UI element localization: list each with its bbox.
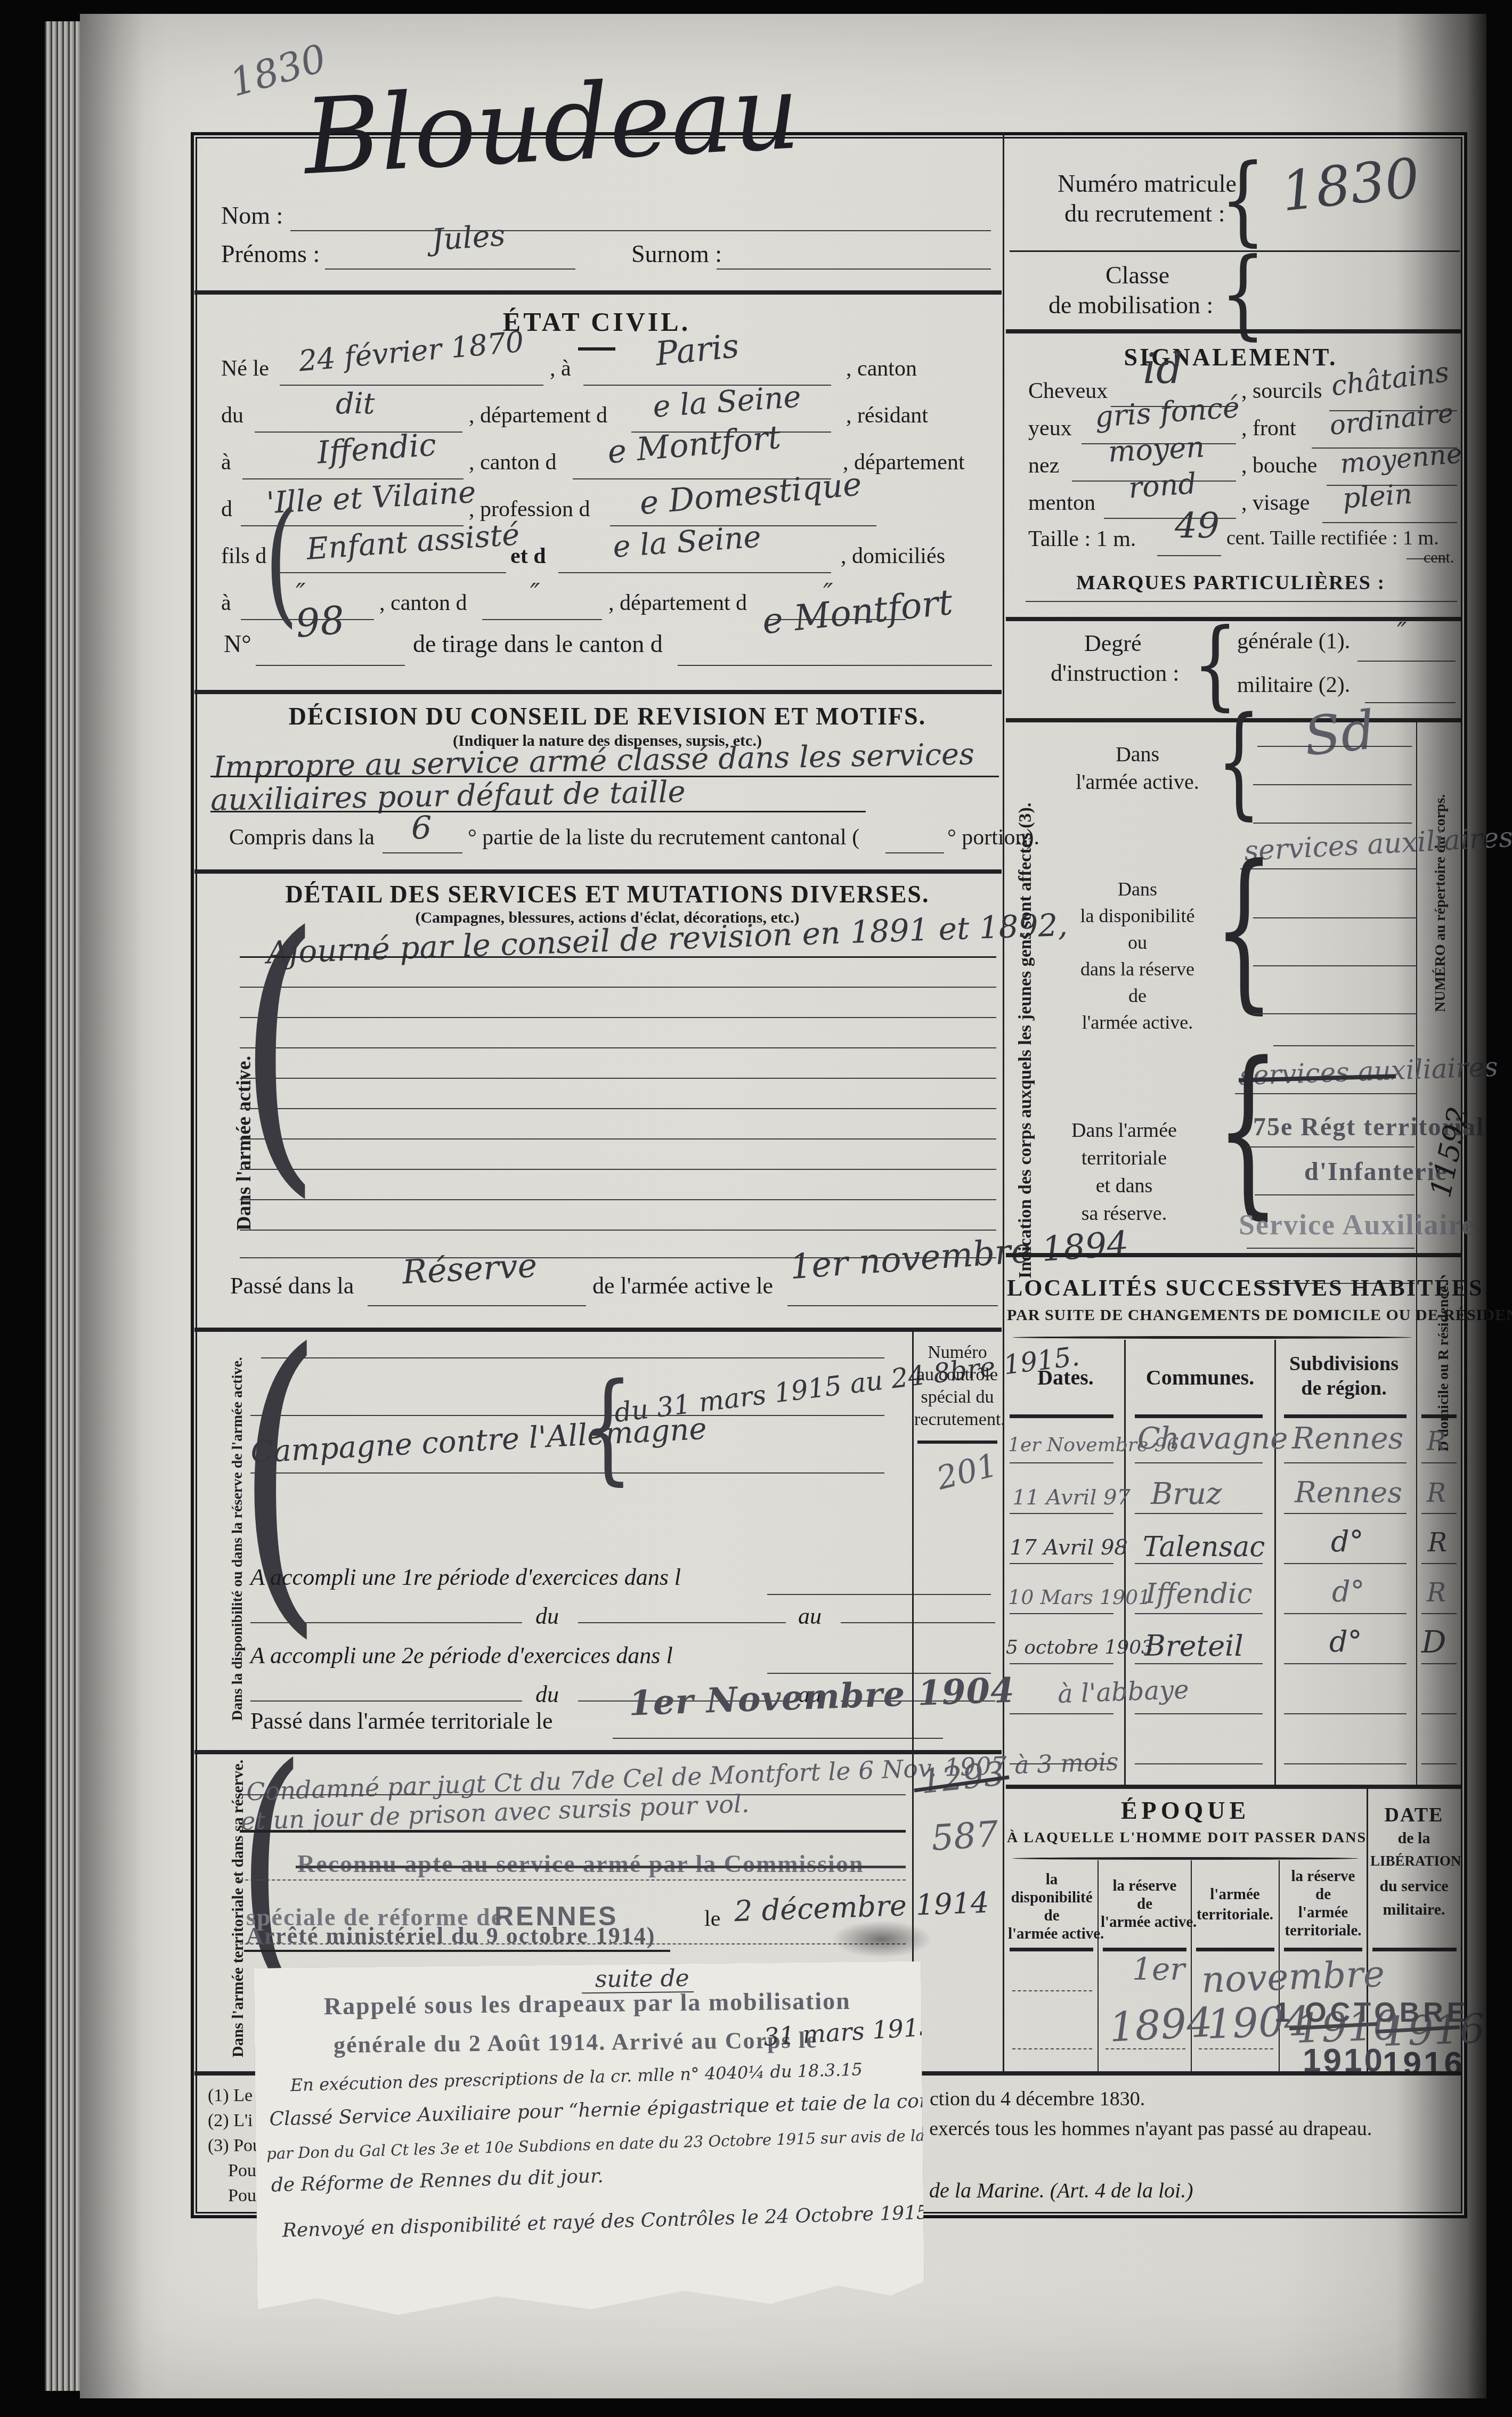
tirage-value: 98	[294, 597, 347, 646]
section-divider	[1006, 1785, 1461, 1789]
col-header-subdiv: Subdivisions	[1279, 1352, 1409, 1376]
rule	[240, 1199, 996, 1200]
controle-value-2: 587	[930, 1813, 999, 1859]
footnote-left: Pou	[228, 2186, 256, 2206]
epoque-subtitle: À LAQUELLE L'HOMME DOIT PASSER DANS	[1007, 1829, 1364, 1846]
rule	[1196, 1948, 1274, 1951]
rule	[240, 1830, 906, 1833]
epoque-col-header: territoriale.	[1282, 1922, 1364, 1940]
rule	[1010, 1563, 1113, 1564]
marques-label: MARQUES PARTICULIÈRES :	[1060, 571, 1401, 595]
surname-script: Bloudeau	[301, 51, 802, 198]
col-header-communes: Communes.	[1132, 1365, 1268, 1390]
controle-header: spécial du	[914, 1387, 1001, 1407]
trait-label: , bouche	[1241, 453, 1317, 478]
footnote-left: (2) L'i	[208, 2111, 253, 2131]
scanned-military-register-page: { "scan": { "corner_script": "1830" }, "…	[0, 0, 1512, 2417]
field-label: à	[221, 590, 231, 616]
epoque-title: ÉPOQUE	[1007, 1796, 1364, 1825]
rule	[1257, 746, 1412, 747]
note-hw-line: Classé Service Auxiliaire pour “hernie é…	[269, 2089, 973, 2130]
rule	[613, 1738, 943, 1739]
rule	[1284, 1462, 1407, 1463]
rule	[383, 852, 462, 853]
rule	[240, 1879, 906, 1881]
note-hw-line: En exécution des prescriptions de la cr.…	[290, 2059, 863, 2095]
rule	[210, 811, 866, 812]
rule	[1012, 1990, 1092, 1991]
field-value: dit	[336, 387, 375, 420]
taille-value: 49	[1175, 505, 1220, 546]
decision-title: DÉCISION DU CONSEIL DE REVISION ET MOTIF…	[224, 702, 991, 730]
rule	[1284, 1513, 1407, 1514]
note-hw-date: 31 mars 1915	[763, 2012, 936, 2052]
rule	[1253, 965, 1417, 966]
rule	[240, 1017, 996, 1018]
loc-subdiv: d°	[1329, 1625, 1362, 1658]
binding-gutter-shadow	[80, 14, 144, 2398]
epoque-col-header: l'armée	[1193, 1886, 1277, 1903]
rule	[240, 1230, 996, 1231]
loc-date: 17 Avril 98	[1010, 1535, 1128, 1560]
note-hw-line: Renvoyé en disponibilité et rayé des Con…	[282, 2202, 935, 2242]
rule	[1284, 1613, 1407, 1614]
rule	[1135, 1513, 1263, 1514]
periode1-label: A accompli une 1re période d'exercices d…	[250, 1564, 681, 1591]
passe-reserve-label-2: de l'armée active le	[592, 1272, 773, 1299]
col-header-subdiv-2: de région.	[1279, 1377, 1409, 1400]
du-label: du	[535, 1681, 559, 1708]
field-label: , à	[550, 356, 571, 381]
rule	[1284, 1763, 1407, 1764]
epoque-col-header: disponibilité	[1008, 1889, 1095, 1907]
prenoms-label: Prénoms :	[221, 240, 320, 268]
compris-value: 6	[411, 810, 432, 847]
epoque-col-header: l'armée active.	[1101, 1914, 1189, 1931]
rule	[787, 1305, 998, 1306]
rule	[717, 268, 991, 270]
loc-commune: Talensac	[1143, 1531, 1265, 1563]
rule	[277, 572, 506, 573]
table-column-line	[1124, 1340, 1126, 1785]
rule	[1105, 2048, 1185, 2049]
trait-label: nez	[1028, 453, 1059, 478]
field-label: , profession d	[469, 497, 590, 522]
classe-label: Classe	[1105, 261, 1169, 289]
rule	[1010, 1713, 1113, 1714]
au-label: au	[798, 1602, 822, 1630]
note-hw-line: de Réforme de Rennes du dit jour.	[271, 2165, 604, 2196]
epoque-col-header: la réserve	[1101, 1877, 1189, 1895]
dispo-label: la disponibilité	[1076, 905, 1199, 927]
loc-commune: Bruz	[1151, 1477, 1222, 1511]
trait-label: menton	[1028, 490, 1095, 516]
loc-commune: Chavagne	[1137, 1421, 1288, 1456]
brace-icon: {	[1217, 690, 1261, 832]
rule	[1010, 1613, 1113, 1614]
loc-date: 5 octobre 1903	[1006, 1637, 1153, 1658]
rule	[1010, 1513, 1113, 1514]
field-label: , domiciliés	[841, 543, 945, 569]
epoque-year-reserve: 1894	[1108, 1998, 1214, 2051]
epoque-col-header: la	[1008, 1871, 1095, 1889]
classe-label-2: de mobilisation :	[1048, 291, 1213, 319]
controle-header: au contrôle	[914, 1365, 1001, 1385]
field-label: Né le	[221, 356, 269, 381]
rule	[1255, 1194, 1415, 1195]
rule	[482, 619, 602, 620]
terr-label: et dans	[1060, 1174, 1188, 1198]
prenoms-value: Jules	[430, 218, 507, 257]
rule	[1273, 1045, 1415, 1046]
brace-icon: (	[237, 1284, 322, 1666]
table-column-line	[1274, 1340, 1276, 1785]
rule	[250, 1622, 522, 1623]
field-label: du	[221, 403, 243, 428]
loc-subdiv: d°	[1331, 1525, 1364, 1558]
loc-subdiv: Rennes	[1295, 1476, 1402, 1509]
rule	[261, 1357, 884, 1358]
rule	[280, 385, 543, 386]
epoque-col-header: de	[1282, 1886, 1364, 1903]
rule	[1253, 1013, 1417, 1014]
brace-icon: (	[265, 482, 298, 641]
epoque-col-header: l'armée	[1282, 1904, 1364, 1922]
decorative-rule	[1012, 1336, 1412, 1339]
rule	[1010, 1414, 1113, 1418]
rule	[325, 268, 575, 270]
book-page-edges	[45, 21, 80, 2391]
degre-label: Degré	[1084, 630, 1142, 657]
arrete-stamp: Arrêté ministériel du 9 octobre 1914)	[246, 1922, 655, 1949]
terr-label: sa réserve.	[1060, 1202, 1188, 1225]
tirage-text: de tirage dans le canton d	[413, 630, 663, 658]
loc-entry: à l'abbaye	[1057, 1675, 1189, 1710]
periode2-label: A accompli une 2e période d'exercices da…	[250, 1642, 673, 1669]
section-divider	[194, 290, 1002, 295]
armee-active-label: Dans	[1082, 742, 1193, 767]
field-label: et d	[510, 543, 546, 569]
footnote-left: Pou	[228, 2161, 256, 2181]
rule	[841, 1622, 995, 1623]
loc-commune: Breteil	[1144, 1629, 1243, 1663]
rule	[1135, 1763, 1263, 1764]
brace-icon: {	[1214, 829, 1275, 1029]
section-divider	[194, 690, 1002, 694]
margin-label-corps: Indication des corps auxquels les jeunes…	[1015, 803, 1036, 1279]
terr-label: territoriale	[1060, 1146, 1188, 1170]
footnote-left: (3) Pou	[208, 2136, 262, 2156]
rule	[678, 665, 992, 666]
trait-value: id	[1143, 345, 1183, 393]
rule	[1010, 1663, 1113, 1664]
rule	[917, 1441, 997, 1444]
rule	[1247, 1248, 1415, 1249]
section-divider	[1006, 329, 1461, 333]
attached-note-paper: suite de Rappelé sous les drapeaux par l…	[254, 1961, 925, 2320]
field-label: , canton	[846, 356, 917, 381]
rule	[1135, 1713, 1263, 1714]
ink-smudge	[831, 1920, 932, 1958]
rule	[1284, 1663, 1407, 1664]
strike-line	[296, 1866, 906, 1868]
compris-label-2: ° partie de la liste du recrutement cant…	[468, 825, 859, 850]
rule	[1135, 1414, 1263, 1418]
armee-active-label-2: l'armée active.	[1060, 769, 1215, 794]
trait-label: yeux	[1028, 416, 1072, 441]
rule	[1284, 1713, 1407, 1714]
rule	[1199, 2048, 1273, 2049]
dispo-label: Dans	[1076, 878, 1199, 900]
col-header-dates: Dates.	[1012, 1365, 1119, 1390]
reforme-le-label: le	[704, 1906, 720, 1932]
dispo-label: dans la réserve	[1076, 958, 1199, 980]
field-label: , département d	[608, 590, 747, 616]
dispo-label: l'armée active.	[1076, 1011, 1199, 1033]
epoque-column-line	[1098, 1860, 1099, 2071]
localites-title: LOCALITÉS SUCCESSIVES HABITÉES	[1007, 1274, 1412, 1301]
rule	[256, 665, 405, 666]
title-dash	[578, 347, 615, 351]
rule	[1135, 1663, 1263, 1664]
field-label: , canton d	[379, 590, 467, 616]
controle-header: recrutement.	[914, 1410, 1001, 1430]
rule	[1010, 1763, 1113, 1764]
degre-generale-label: générale (1).	[1237, 629, 1350, 654]
trait-value: moyen	[1107, 430, 1205, 468]
rule	[1010, 1948, 1093, 1951]
matricule-label: Numéro matricule	[1058, 169, 1237, 198]
compris-label: Compris dans la	[229, 825, 375, 850]
matricule-label-2: du recrutement :	[1064, 199, 1225, 227]
loc-subdiv: Rennes	[1292, 1421, 1403, 1456]
scan-edge-shadow	[1396, 14, 1486, 2398]
rule	[1135, 1462, 1263, 1463]
rule	[368, 1305, 586, 1306]
field-label: d	[221, 497, 232, 522]
controle-column-line	[912, 1328, 914, 2071]
decorative-rule	[1012, 1857, 1359, 1860]
note-stamp-1: Rappelé sous les drapeaux par la mobilis…	[286, 1986, 888, 2021]
epoque-col-header: territoriale.	[1193, 1906, 1277, 1924]
section-divider	[194, 1750, 1002, 1754]
controle-header: Numéro	[914, 1342, 1001, 1363]
rule	[1012, 2048, 1092, 2049]
footnote-right: ction du 4 décembre 1830.	[930, 2087, 1145, 2111]
field-label: , résidant	[846, 403, 928, 428]
loc-date: 11 Avril 97	[1012, 1485, 1131, 1510]
degre-label-2: d'instruction :	[1051, 660, 1179, 687]
du-label: du	[535, 1602, 559, 1630]
rule	[240, 1138, 996, 1140]
taille-label: Taille : 1 m.	[1028, 526, 1136, 552]
dispo-label: de	[1076, 984, 1199, 1007]
tirage-no-label: N°	[224, 630, 251, 658]
rule	[1010, 1462, 1113, 1463]
rule	[1284, 1563, 1407, 1564]
field-label: fils d	[221, 543, 266, 569]
trait-label: , sourcils	[1241, 378, 1322, 404]
reconnu-stamp: Reconnu apte au service armé par la Comm…	[297, 1850, 864, 1878]
epoque-hw-1er: 1er	[1132, 1951, 1185, 1987]
armee-active-value: Sd	[1301, 698, 1378, 768]
rule	[240, 1047, 996, 1048]
rule	[1135, 1613, 1263, 1614]
passe-reserve-value: Réserve	[401, 1246, 538, 1291]
epoque-col-header: de	[1101, 1895, 1189, 1913]
rule	[558, 572, 831, 573]
rule	[767, 1594, 991, 1595]
rule	[1284, 1948, 1362, 1951]
rule	[578, 1622, 786, 1623]
epoque-col-header: de	[1008, 1907, 1095, 1925]
rule	[1135, 1563, 1263, 1564]
trait-value: rond	[1127, 467, 1198, 505]
trait-label: , front	[1241, 416, 1296, 441]
loc-date: 10 Mars 1901	[1008, 1585, 1151, 1609]
rule	[240, 956, 996, 958]
loc-subdiv: d°	[1332, 1575, 1365, 1608]
nom-label: Nom :	[221, 201, 283, 230]
rule	[1284, 1414, 1407, 1418]
rule	[1026, 601, 1457, 602]
field-value: ″	[530, 578, 540, 609]
surnom-label: Surnom :	[631, 240, 722, 268]
rule	[1253, 823, 1412, 824]
dispo-label: ou	[1076, 931, 1199, 954]
rule	[240, 1108, 996, 1109]
rule	[250, 1415, 884, 1416]
trait-label: , visage	[1241, 490, 1310, 516]
rule	[240, 1078, 996, 1079]
rule	[240, 987, 996, 988]
rule	[1157, 555, 1221, 556]
footnote-left: (1) Le	[208, 2086, 253, 2106]
rule	[250, 1472, 884, 1474]
epoque-col-header: l'armée active.	[1008, 1925, 1095, 1943]
rule	[1253, 917, 1417, 918]
rule	[290, 230, 991, 231]
services-title: DÉTAIL DES SERVICES ET MUTATIONS DIVERSE…	[224, 880, 991, 908]
rule	[1247, 1146, 1415, 1148]
terr-label: Dans l'armée	[1060, 1119, 1188, 1142]
rule	[250, 1700, 522, 1702]
epoque-hw-novembre: novembre	[1201, 1953, 1386, 2001]
rule	[244, 1950, 670, 1952]
loc-commune: Iffendic	[1145, 1578, 1253, 1610]
field-label: à	[221, 450, 231, 475]
field-label: , département d	[469, 403, 607, 428]
field-label: , département	[843, 450, 965, 475]
rule	[885, 852, 944, 853]
rule	[1253, 784, 1412, 785]
field-label: , canton d	[469, 450, 556, 475]
localites-subtitle: PAR SUITE DE CHANGEMENTS DE DOMICILE OU …	[1007, 1306, 1412, 1324]
epoque-col-header: la réserve	[1282, 1868, 1364, 1885]
note-hw-line: par Don du Gal Ct les 3e et 10e Subdions…	[266, 2125, 961, 2162]
note-stamp-2: générale du 2 Août 1914. Arrivé au Corps…	[334, 2027, 818, 2059]
rule	[240, 1169, 996, 1170]
section-divider	[1006, 1253, 1461, 1257]
